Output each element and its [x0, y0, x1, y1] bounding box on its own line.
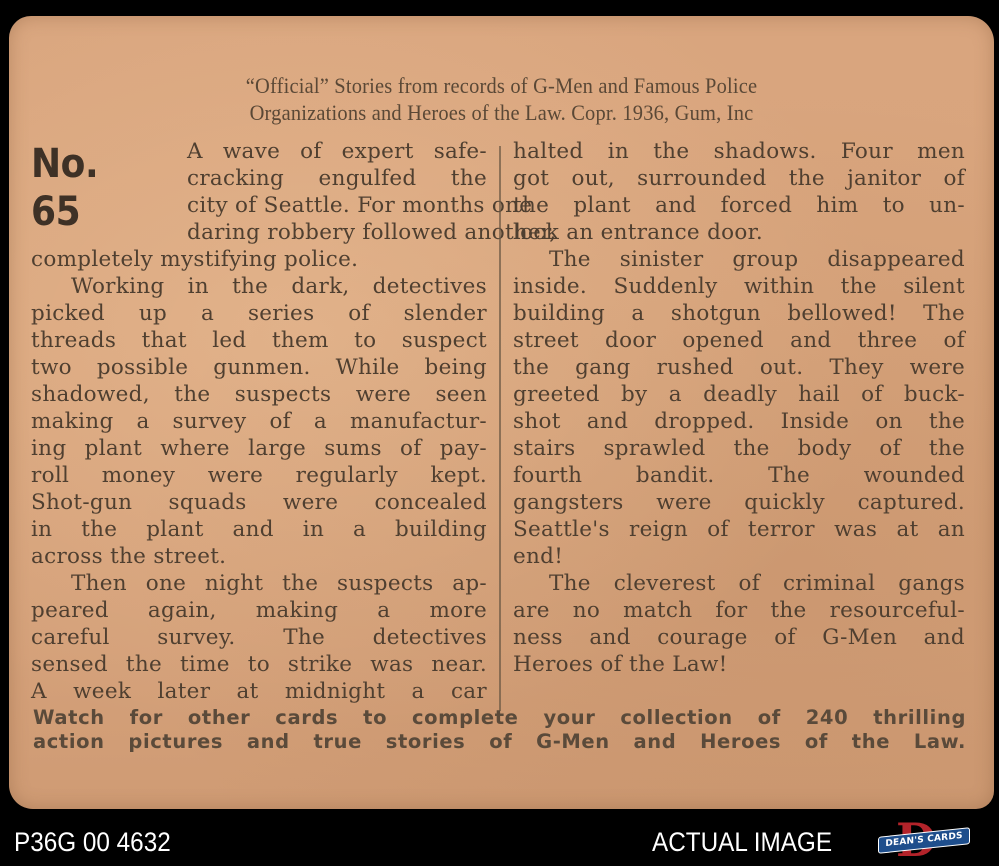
footer-line: Watch for other cards to complete your c…: [33, 706, 966, 730]
header-line: Organizations and Heroes of the Law. Cop…: [43, 99, 959, 126]
header-line: “Official” Stories from records of G-Men…: [43, 72, 959, 99]
story-line: making a survey of a manufactur-: [31, 408, 487, 435]
story-line: end!: [513, 543, 965, 570]
story-line: fourth bandit. The wounded: [513, 462, 965, 489]
story-line: roll money were regularly kept.: [31, 462, 487, 489]
story-left-column: No. 65 A wave of expert safe- cracking e…: [31, 138, 487, 705]
story-line: in the plant and in a building: [31, 516, 487, 543]
card-header: “Official” Stories from records of G-Men…: [9, 72, 994, 126]
story-line: Seattle's reign of terror was at an: [513, 516, 965, 543]
story-line: the gang rushed out. They were: [513, 354, 965, 381]
footer-line: action pictures and true stories of G-Me…: [33, 730, 966, 754]
trading-card-back: “Official” Stories from records of G-Men…: [9, 16, 994, 809]
card-number: No. 65: [31, 140, 157, 236]
card-footer: Watch for other cards to complete your c…: [33, 706, 966, 754]
story-line: A wave of expert safe-: [183, 138, 487, 165]
story-line: Shot-gun squads were concealed: [31, 489, 487, 516]
story-line: stairs sprawled the body of the: [513, 435, 965, 462]
deans-cards-logo: D DEAN'S CARDS: [876, 816, 972, 864]
story-line: gangsters were quickly captured.: [513, 489, 965, 516]
story-line: are no match for the resourceful-: [513, 597, 965, 624]
story-line: got out, surrounded the janitor of: [513, 165, 965, 192]
story-line: Then one night the suspects ap-: [31, 570, 487, 597]
story-line: Working in the dark, detectives: [31, 273, 487, 300]
column-divider: [499, 146, 501, 711]
story-line: halted in the shadows. Four men: [513, 138, 965, 165]
story-line: Heroes of the Law!: [513, 651, 965, 678]
cert-number: P36G 00 4632: [14, 827, 171, 857]
story-line: inside. Suddenly within the silent: [513, 273, 965, 300]
story-line: picked up a series of slender: [31, 300, 487, 327]
story-line: sensed the time to strike was near.: [31, 651, 487, 678]
story-line: lock an entrance door.: [513, 219, 965, 246]
story-line: completely mystifying police.: [31, 246, 487, 273]
story-line: cracking engulfed the: [183, 165, 487, 192]
story-line: The cleverest of criminal gangs: [513, 570, 965, 597]
story-line: building a shotgun bellowed! The: [513, 300, 965, 327]
story-line: street door opened and three of: [513, 327, 965, 354]
story-line: the plant and forced him to un-: [513, 192, 965, 219]
story-line: two possible gunmen. While being: [31, 354, 487, 381]
story-line: peared again, making a more: [31, 597, 487, 624]
story-line: across the street.: [31, 543, 487, 570]
story-line: The sinister group disappeared: [513, 246, 965, 273]
story-line: shadowed, the suspects were seen: [31, 381, 487, 408]
story-line: threads that led them to suspect: [31, 327, 487, 354]
story-line: ness and courage of G-Men and: [513, 624, 965, 651]
story-line: shot and dropped. Inside on the: [513, 408, 965, 435]
story-line: ing plant where large sums of pay-: [31, 435, 487, 462]
actual-image-label: ACTUAL IMAGE: [652, 827, 832, 857]
story-line: greeted by a deadly hail of buck-: [513, 381, 965, 408]
story-line: careful survey. The detectives: [31, 624, 487, 651]
story-right-column: halted in the shadows. Four men got out,…: [513, 138, 965, 678]
story-line: A week later at midnight a car: [31, 678, 487, 705]
